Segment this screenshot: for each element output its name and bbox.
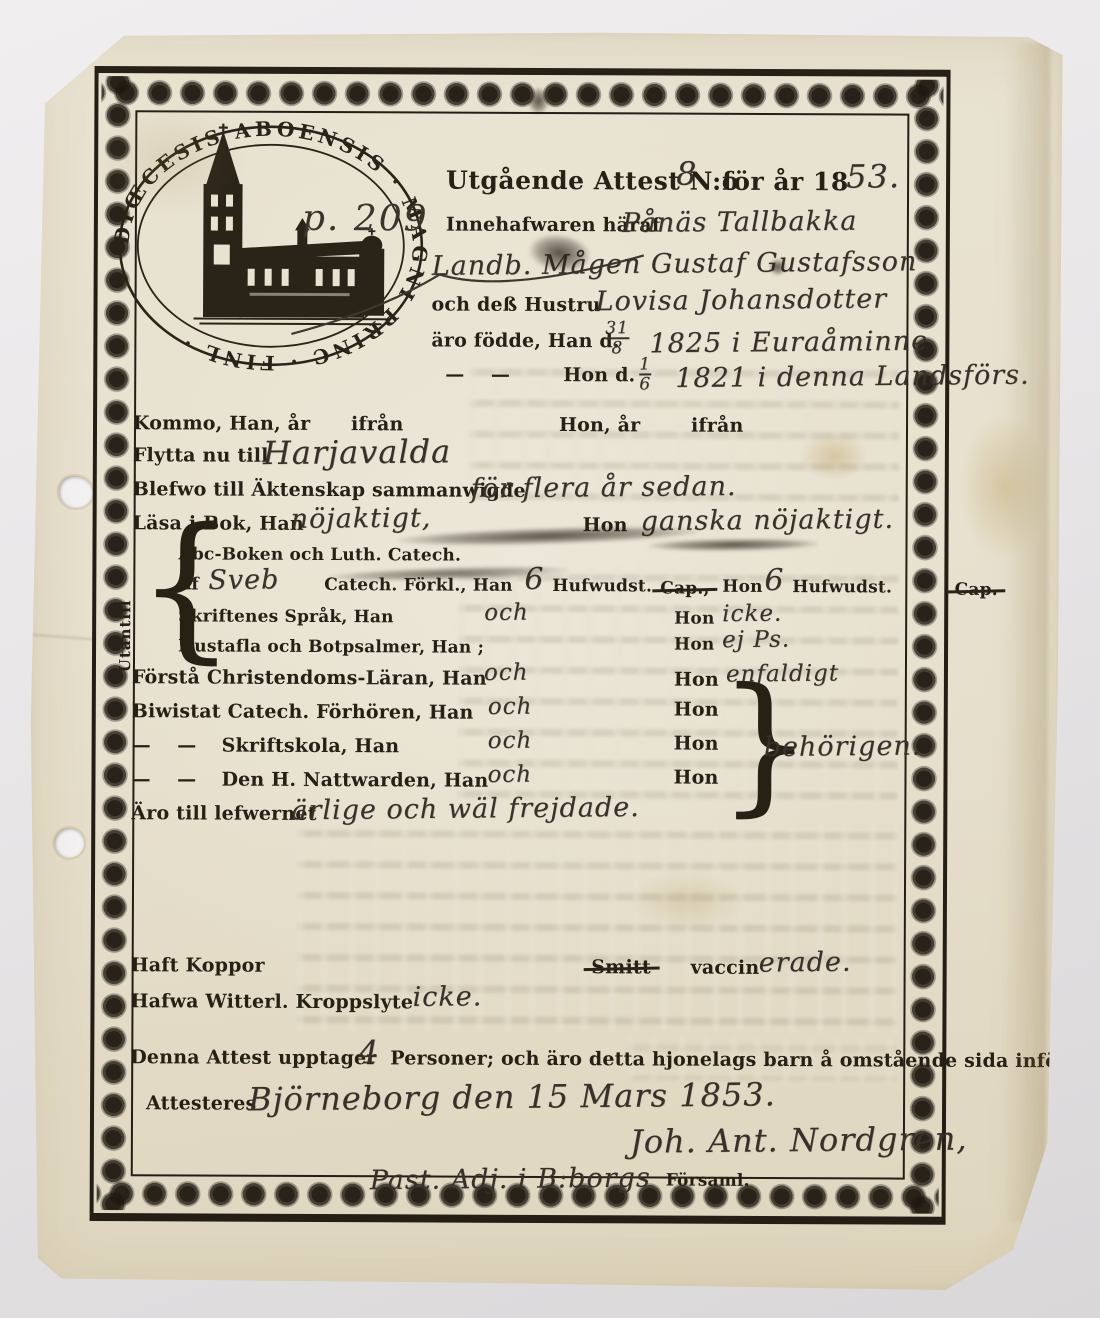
flytta-label: Flytta nu till: [133, 444, 269, 467]
skriftskola-label: Skriftskola, Han: [222, 735, 400, 758]
hustafla-hon-answer: ej Ps.: [722, 627, 790, 654]
lefwernet-answer: ärlige och wäl frejdade.: [291, 792, 640, 826]
af-cap2-struck: Cap.: [955, 580, 998, 600]
kommo-hon-label: Hon, år: [559, 414, 640, 436]
attesteres-label: Attesteres: [146, 1092, 257, 1114]
skriftenes-hon-label: Hon: [674, 609, 714, 629]
smitt-struck: Smitt: [591, 956, 651, 978]
blefwo-answer: för flera år sedan.: [471, 471, 737, 505]
signature: Joh. Ant. Nordgren,: [630, 1119, 968, 1160]
signature-parish: Församl.: [666, 1171, 750, 1191]
skriftskola-dashes: — —: [132, 734, 207, 756]
hon-group-answer: behörigen.: [763, 731, 921, 764]
af-hon-count: 6: [764, 563, 784, 598]
kroppslyte-answer: icke.: [412, 981, 482, 1013]
ink-drip: [528, 88, 548, 114]
lasa-han-answer: nöjaktigt,: [290, 503, 431, 535]
wife-label: och deß Hustru: [432, 294, 601, 317]
signature-title: Past. Adj. i B:borgs: [370, 1163, 651, 1197]
af-hon-label: Hon: [722, 577, 762, 597]
nattwarden-label: Den H. Nattwarden, Han: [221, 769, 488, 792]
utantill-label: Utantill: [116, 552, 135, 672]
ditto-dashes: — —: [445, 364, 520, 386]
forsta-han-answer: och: [484, 660, 529, 686]
ink-dot: [770, 259, 786, 275]
born2-date-fraction: 16: [639, 356, 651, 392]
koppor-label: Haft Koppor: [131, 954, 265, 977]
af-label: Af: [178, 574, 199, 594]
skriftskola-han-answer: och: [488, 728, 533, 754]
af-cap-struck: Cap.,: [660, 579, 709, 599]
kroppslyte-label: Hafwa Witterl. Kroppslyte: [130, 990, 413, 1013]
photo-background: DIŒCESIS ABOENSIS · MAGNI PRINC · FINL ·: [0, 0, 1100, 1318]
wife-name: Lovisa Johansdotter: [595, 283, 887, 317]
annotation-number: p. 209: [302, 198, 429, 240]
born-month: 8: [611, 340, 623, 356]
hustafla-label: Hustafla och Botpsalmer, Han ;: [178, 636, 484, 657]
attest-year-number: 53.: [846, 157, 900, 196]
af-book: Sveb: [208, 564, 279, 596]
nattwarden-dashes: — —: [131, 768, 206, 790]
punch-hole-bottom: [54, 828, 84, 858]
kommo-ifran2: ifrån: [691, 415, 744, 437]
place-date: Björneborg den 15 Mars 1853.: [248, 1075, 776, 1118]
summary-prefix: Denna Attest upptager: [130, 1046, 376, 1069]
summary-count: 4: [358, 1033, 380, 1071]
born2-place: 1821 i denna Landsförs.: [675, 360, 1030, 394]
document-paper: DIŒCESIS ABOENSIS · MAGNI PRINC · FINL ·: [25, 28, 1064, 1294]
flytta-destination: Harjavalda: [263, 432, 452, 472]
biwistat-han-answer: och: [488, 694, 533, 720]
holder-farm-name: Pånäs Tallbakka: [622, 206, 858, 239]
forsta-label: Förstå Christendoms-Läran, Han: [132, 666, 487, 690]
born2-month: 6: [639, 377, 651, 393]
skriftskola-hon-label: Hon: [674, 733, 719, 755]
nattwarden-hon-label: Hon: [673, 767, 718, 789]
skriftenes-hon-answer: icke.: [722, 601, 782, 628]
born-place: 1825 i Euraåminne: [649, 326, 928, 360]
paper-crease: [28, 633, 94, 640]
holder-name: Landb. Mågen Gustaf Gustafsson: [432, 246, 918, 282]
certificate-content: DIŒCESIS ABOENSIS · MAGNI PRINC · FINL ·: [90, 66, 943, 1210]
skriftenes-label: Skriftenes Språk, Han: [178, 606, 394, 627]
born-day: 31: [605, 320, 629, 336]
ink-smear: [648, 538, 818, 552]
af-hufwudst2: Hufwudst.: [792, 577, 892, 597]
paper-edge-shading: [1000, 42, 1051, 1222]
attest-number: 8: [676, 155, 698, 193]
nattwarden-han-answer: och: [487, 762, 532, 788]
skriftenes-han-answer: och: [484, 600, 529, 626]
biwistat-hon-label: Hon: [674, 699, 719, 721]
punch-hole-top: [59, 476, 93, 508]
born2-label: Hon d.: [563, 364, 635, 386]
born2-day: 1: [639, 356, 651, 372]
forsta-hon-label: Hon: [674, 669, 719, 691]
hustafla-hon-label: Hon: [674, 635, 714, 655]
attest-year-prefix: för år 18: [722, 167, 849, 197]
kommo-label: Kommo, Han, år: [133, 412, 310, 435]
biwistat-label: Biwistat Catech. Förhören, Han: [132, 700, 474, 723]
lefwernet-label: Äro till lefwernet: [131, 802, 316, 825]
vaccin-label: vaccin: [691, 957, 760, 979]
born-date-fraction: 318: [605, 320, 629, 357]
summary-suffix: Personer; och äro detta hjonelags barn å…: [390, 1047, 1100, 1072]
vaccin-answer: erade.: [759, 947, 852, 979]
born-label: äro födde, Han d.: [431, 330, 619, 353]
af-hufwudst: Hufwudst.: [552, 576, 652, 596]
